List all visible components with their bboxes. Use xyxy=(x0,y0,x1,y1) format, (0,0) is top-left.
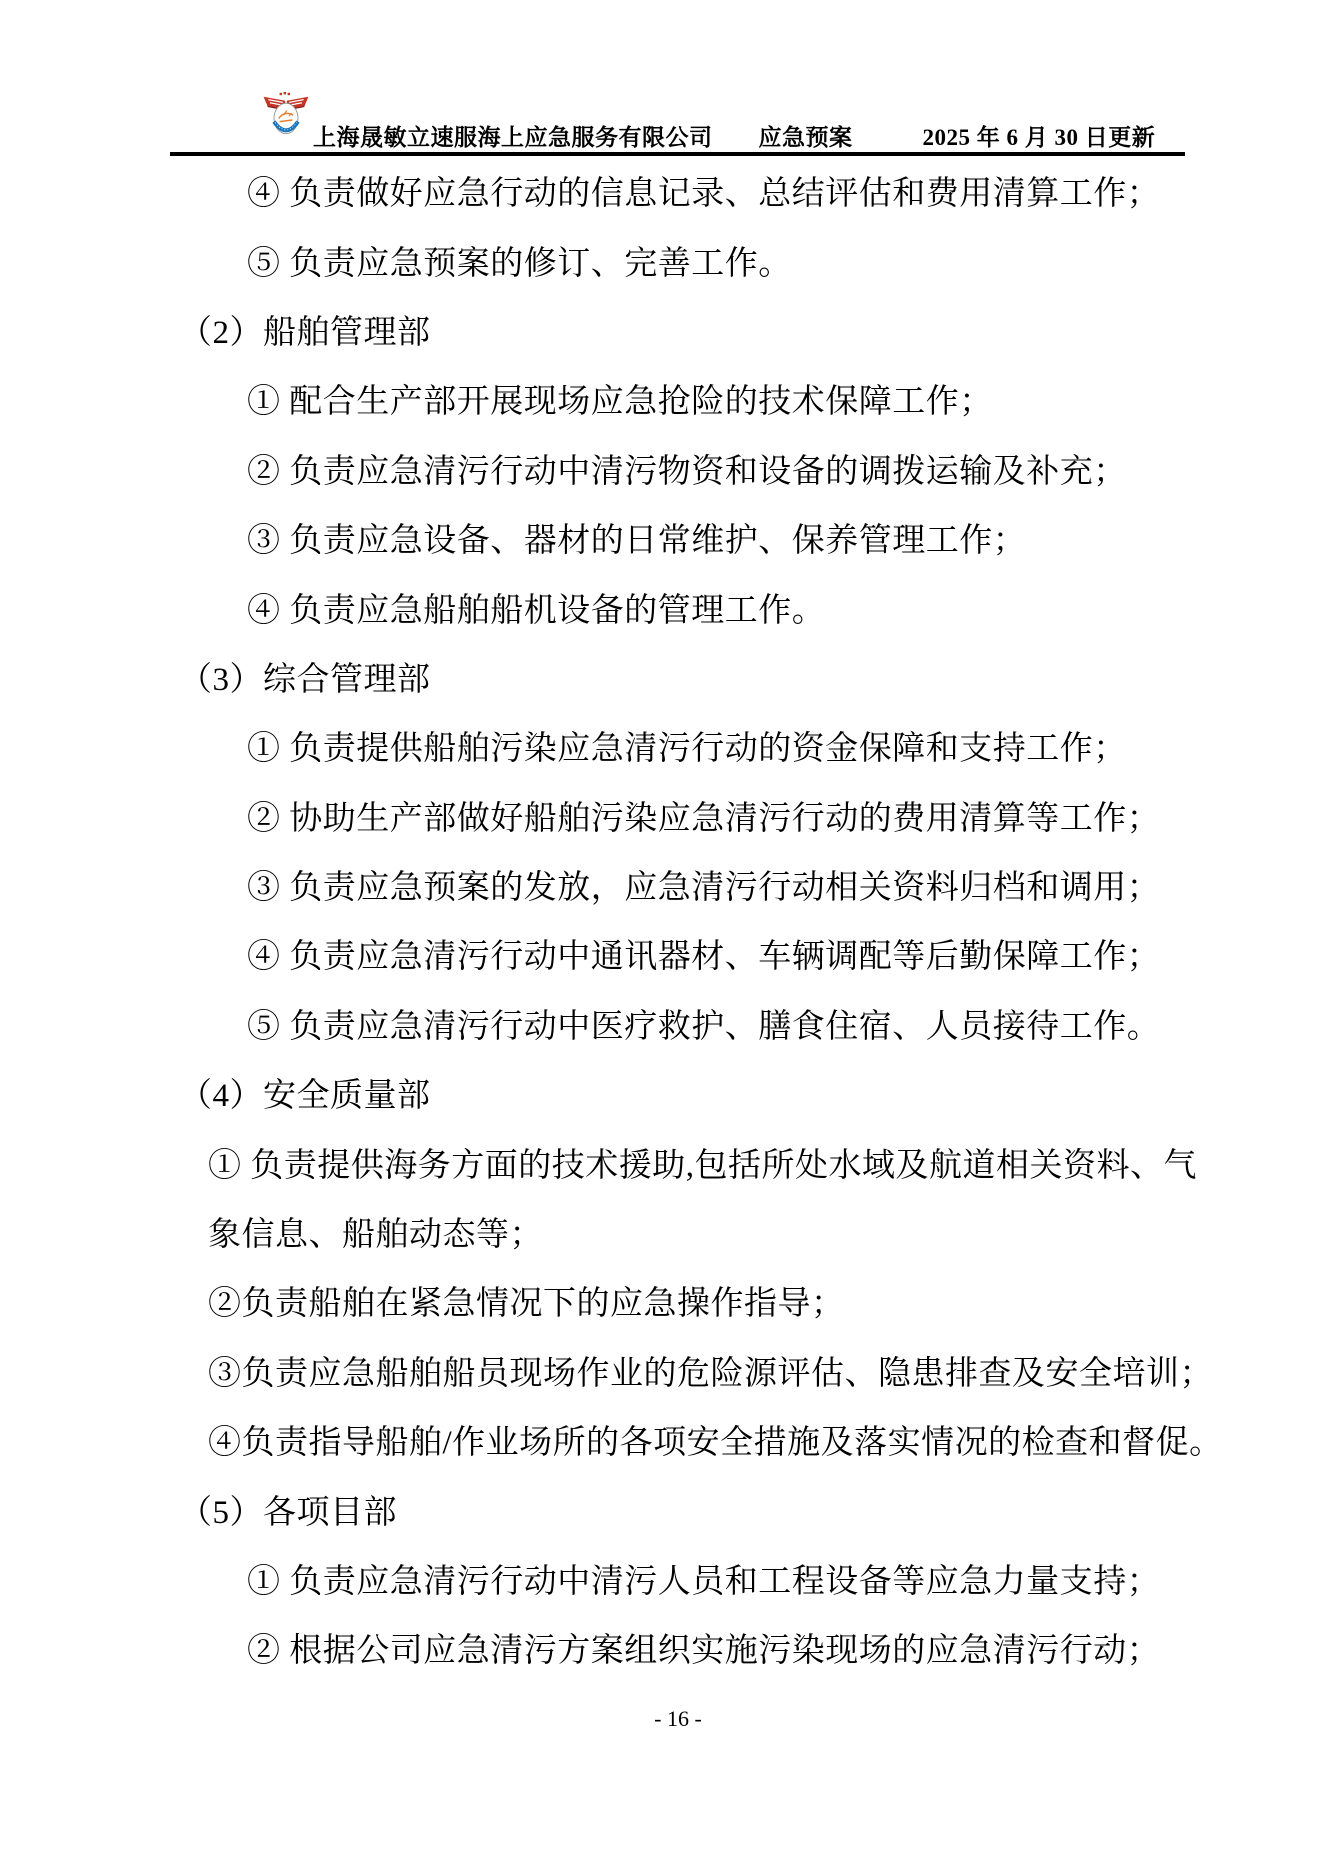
list-item: ③负责应急船舶船员现场作业的危险源评估、隐患排查及安全培训； xyxy=(170,1336,1186,1405)
list-item: ②负责船舶在紧急情况下的应急操作指导； xyxy=(170,1266,1186,1335)
list-item: ② 根据公司应急清污方案组织实施污染现场的应急清污行动； xyxy=(170,1613,1186,1682)
section-heading: （3）综合管理部 xyxy=(170,642,1186,711)
list-item: ③ 负责应急设备、器材的日常维护、保养管理工作； xyxy=(170,503,1186,572)
list-item: ① 负责提供海务方面的技术援助,包括所处水域及航道相关资料、气 xyxy=(170,1127,1186,1196)
page-number: - 16 - xyxy=(170,1706,1186,1732)
document-body: ④ 负责做好应急行动的信息记录、总结评估和费用清算工作； ⑤ 负责应急预案的修订… xyxy=(170,156,1186,1683)
document-type: 应急预案 xyxy=(759,119,853,152)
document-page: 上海晟敏立速服海上应急服务有限公司 应急预案 2025 年 6 月 30 日更新… xyxy=(0,0,1323,1871)
list-item: ① 配合生产部开展现场应急抢险的技术保障工作； xyxy=(170,364,1186,433)
list-item: ① 负责应急清污行动中清污人员和工程设备等应急力量支持； xyxy=(170,1544,1186,1613)
list-item: ③ 负责应急预案的发放，应急清污行动相关资料归档和调用； xyxy=(170,850,1186,919)
list-item: ② 协助生产部做好船舶污染应急清污行动的费用清算等工作； xyxy=(170,781,1186,850)
page-header: 上海晟敏立速服海上应急服务有限公司 应急预案 2025 年 6 月 30 日更新 xyxy=(313,118,1155,152)
list-item: ④ 负责应急清污行动中通讯器材、车辆调配等后勤保障工作； xyxy=(170,919,1186,988)
list-item-continuation: 象信息、船舶动态等； xyxy=(170,1197,1186,1266)
section-heading: （5）各项目部 xyxy=(170,1474,1186,1543)
list-item: ② 负责应急清污行动中清污物资和设备的调拨运输及补充； xyxy=(170,434,1186,503)
section-heading: （2）船舶管理部 xyxy=(170,295,1186,364)
list-item: ④ 负责应急船舶船机设备的管理工作。 xyxy=(170,572,1186,641)
section-heading: （4）安全质量部 xyxy=(170,1058,1186,1127)
list-item: ⑤ 负责应急清污行动中医疗救护、膳食住宿、人员接待工作。 xyxy=(170,989,1186,1058)
list-item: ④负责指导船舶/作业场所的各项安全措施及落实情况的检查和督促。 xyxy=(170,1405,1186,1474)
list-item: ① 负责提供船舶污染应急清污行动的资金保障和支持工作； xyxy=(170,711,1186,780)
company-name: 上海晟敏立速服海上应急服务有限公司 xyxy=(313,119,713,152)
list-item: ④ 负责做好应急行动的信息记录、总结评估和费用清算工作； xyxy=(170,156,1186,225)
company-logo-icon xyxy=(262,90,310,142)
list-item: ⑤ 负责应急预案的修订、完善工作。 xyxy=(170,225,1186,294)
update-date: 2025 年 6 月 30 日更新 xyxy=(923,119,1156,152)
